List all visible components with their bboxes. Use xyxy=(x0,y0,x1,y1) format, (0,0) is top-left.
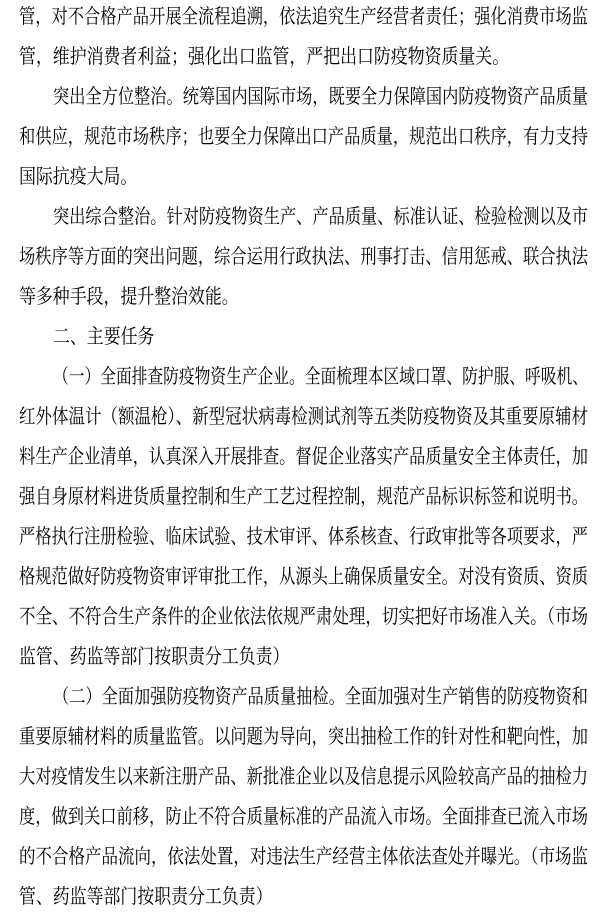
text-line-content: 二、主要任务 xyxy=(53,317,154,357)
text-line-content: 和供应，规范市场秩序；也要全力保障出口产品质量，规范出口秩序，有力支持 xyxy=(19,117,588,157)
text-line: 的不合格产品流向，依法处置，对违法生产经营主体依法查处并曝光。（市场监 xyxy=(19,837,600,877)
text-line: 重要原辅材料的质量监管。以问题为导向，突出抽检工作的针对性和靶向性，加 xyxy=(19,717,600,757)
text-line-content: 管、药监等部门按职责分工负责） xyxy=(19,877,273,912)
text-line-content: 的不合格产品流向，依法处置，对违法生产经营主体依法查处并曝光。（市场监 xyxy=(19,837,588,877)
document-text-body: 管，对不合格产品开展全流程追溯，依法追究生产经营者责任；强化消费市场监管，维护消… xyxy=(0,0,600,912)
text-line: 管，维护消费者利益；强化出口监管，严把出口防疫物资质量关。 xyxy=(19,37,600,77)
text-line-content: （二）全面加强防疫物资产品质量抽检。全面加强对生产销售的防疫物资和 xyxy=(53,677,588,717)
text-line: 突出综合整治。针对防疫物资生产、产品质量、标准认证、检验检测以及市 xyxy=(19,197,600,237)
text-line-content: 突出综合整治。针对防疫物资生产、产品质量、标准认证、检验检测以及市 xyxy=(53,197,588,237)
text-line-content: 严格执行注册检验、临床试验、技术审评、体系核查、行政审批等各项要求，严 xyxy=(19,517,588,557)
text-line: 监管、药监等部门按职责分工负责） xyxy=(19,637,600,677)
text-line-content: 监管、药监等部门按职责分工负责） xyxy=(19,637,289,677)
text-line-content: 强自身原材料进货质量控制和生产工艺过程控制，规范产品标识标签和说明书。 xyxy=(19,477,588,517)
text-line-content: 格规范做好防疫物资审评审批工作，从源头上确保质量安全。对没有资质、资质 xyxy=(19,557,588,597)
text-line: 红外体温计（额温枪）、新型冠状病毒检测试剂等五类防疫物资及其重要原辅材 xyxy=(19,397,600,437)
text-line: 度，做到关口前移，防止不符合质量标准的产品流入市场。全面排查已流入市场 xyxy=(19,797,600,837)
text-line-content: 管，对不合格产品开展全流程追溯，依法追究生产经营者责任；强化消费市场监 xyxy=(19,0,588,37)
text-line-content: （一）全面排查防疫物资生产企业。全面梳理本区域口罩、防护服、呼吸机、 xyxy=(53,357,588,397)
text-line: 管，对不合格产品开展全流程追溯，依法追究生产经营者责任；强化消费市场监 xyxy=(19,0,600,37)
text-line-content: 料生产企业清单，认真深入开展排查。督促企业落实产品质量安全主体责任，加 xyxy=(19,437,588,477)
text-line-content: 管，维护消费者利益；强化出口监管，严把出口防疫物资质量关。 xyxy=(19,37,509,77)
text-line-content: 等多种手段，提升整治效能。 xyxy=(19,277,239,317)
text-line-content: 不全、不符合生产条件的企业依法依规严肃处理，切实把好市场准入关。（市场 xyxy=(19,597,588,637)
document-page: 管，对不合格产品开展全流程追溯，依法追究生产经营者责任；强化消费市场监管，维护消… xyxy=(0,0,600,912)
text-line: 等多种手段，提升整治效能。 xyxy=(19,277,600,317)
text-line: 强自身原材料进货质量控制和生产工艺过程控制，规范产品标识标签和说明书。 xyxy=(19,477,600,517)
text-line: 突出全方位整治。统筹国内国际市场，既要全力保障国内防疫物资产品质量 xyxy=(19,77,600,117)
section-heading-line: 二、主要任务 xyxy=(19,317,600,357)
text-line-content: 度，做到关口前移，防止不符合质量标准的产品流入市场。全面排查已流入市场 xyxy=(19,797,588,837)
text-line: 料生产企业清单，认真深入开展排查。督促企业落实产品质量安全主体责任，加 xyxy=(19,437,600,477)
text-line-content: 突出全方位整治。统筹国内国际市场，既要全力保障国内防疫物资产品质量 xyxy=(53,77,588,117)
text-line: 不全、不符合生产条件的企业依法依规严肃处理，切实把好市场准入关。（市场 xyxy=(19,597,600,637)
text-line-content: 场秩序等方面的突出问题，综合运用行政执法、刑事打击、信用惩戒、联合执法 xyxy=(19,237,588,277)
text-line-content: 重要原辅材料的质量监管。以问题为导向，突出抽检工作的针对性和靶向性，加 xyxy=(19,717,588,757)
text-line-content: 红外体温计（额温枪）、新型冠状病毒检测试剂等五类防疫物资及其重要原辅材 xyxy=(19,397,588,437)
text-line: 格规范做好防疫物资审评审批工作，从源头上确保质量安全。对没有资质、资质 xyxy=(19,557,600,597)
text-line: 大对疫情发生以来新注册产品、新批准企业以及信息提示风险较高产品的抽检力 xyxy=(19,757,600,797)
text-line: 场秩序等方面的突出问题，综合运用行政执法、刑事打击、信用惩戒、联合执法 xyxy=(19,237,600,277)
text-line-content: 大对疫情发生以来新注册产品、新批准企业以及信息提示风险较高产品的抽检力 xyxy=(19,757,588,797)
text-line: 严格执行注册检验、临床试验、技术审评、体系核查、行政审批等各项要求，严 xyxy=(19,517,600,557)
text-line: 和供应，规范市场秩序；也要全力保障出口产品质量，规范出口秩序，有力支持 xyxy=(19,117,600,157)
text-line: 国际抗疫大局。 xyxy=(19,157,600,197)
text-line: （二）全面加强防疫物资产品质量抽检。全面加强对生产销售的防疫物资和 xyxy=(19,677,600,717)
text-line-content: 国际抗疫大局。 xyxy=(19,157,137,197)
text-line: 管、药监等部门按职责分工负责） xyxy=(19,877,600,912)
text-line: （一）全面排查防疫物资生产企业。全面梳理本区域口罩、防护服、呼吸机、 xyxy=(19,357,600,397)
